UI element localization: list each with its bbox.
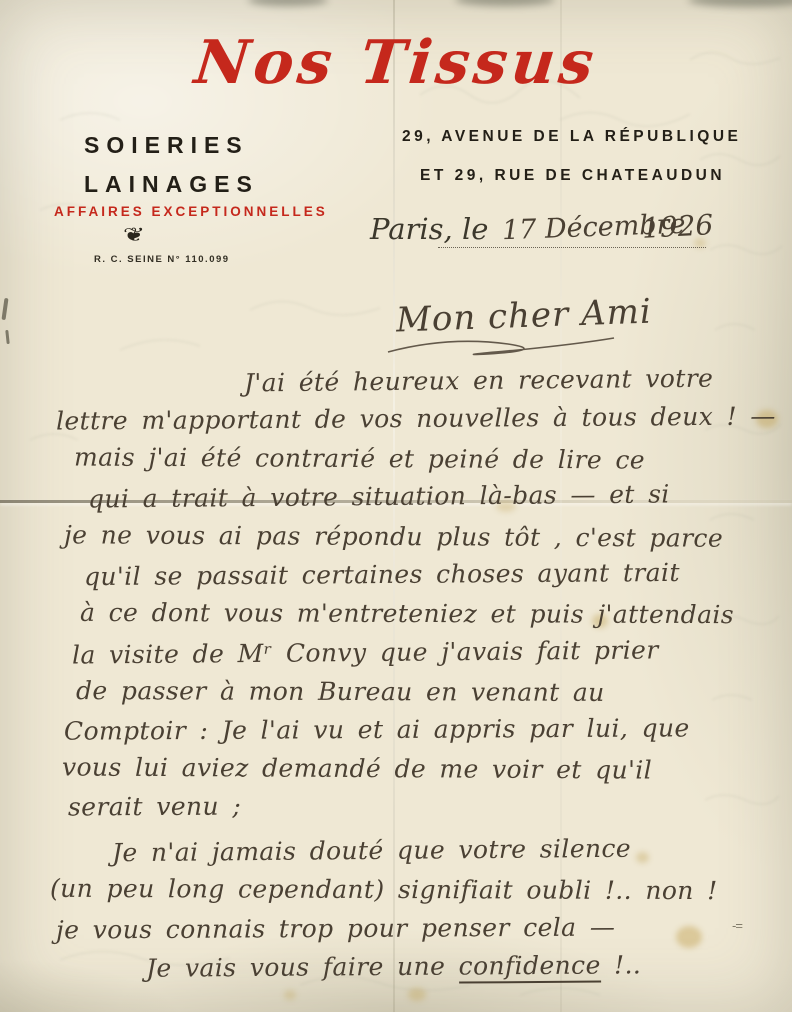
- closing-suffix: !..: [601, 950, 642, 979]
- handwritten-line: à ce dont vous m'entreteniez et puis j'a…: [80, 598, 734, 629]
- handwritten-line: (un peu long cependant) signifiait oubli…: [50, 874, 718, 905]
- salutation-flourish: [386, 334, 616, 358]
- handwritten-line: mais j'ai été contrarié et peiné de lire…: [74, 443, 645, 475]
- handwritten-line: Je n'ai jamais douté que votre silence: [112, 834, 631, 868]
- handwritten-closing-line: Je vais vous faire une confidence !..: [146, 950, 641, 982]
- company-logo: Nos Tissus: [0, 28, 792, 98]
- letterhead-left-block: SOIERIES LAINAGES: [84, 126, 259, 204]
- scan-smudge: [455, 0, 555, 6]
- foxing-stain: [408, 988, 426, 1001]
- pencil-smudge: -=: [732, 918, 742, 933]
- trade-registration: R. C. SEINE N° 110.099: [94, 254, 230, 265]
- scan-smudge: [248, 0, 328, 6]
- handwritten-line: je vous connais trop pour penser cela —: [56, 913, 615, 945]
- address-line-1: 29, AVENUE DE LA RÉPUBLIQUE: [402, 128, 741, 146]
- product-line-lainages: LAINAGES: [84, 165, 259, 204]
- address-line-2: ET 29, RUE DE CHATEAUDUN: [420, 167, 741, 185]
- handwritten-line: qui a trait à votre situation là-bas — e…: [88, 479, 670, 513]
- scan-smudge: [688, 0, 792, 7]
- dateline-printed-prefix: Paris, le: [370, 212, 488, 246]
- handwritten-line: vous lui aviez demandé de me voir et qu'…: [62, 752, 652, 784]
- letterhead-address-block: 29, AVENUE DE LA RÉPUBLIQUE ET 29, RUE D…: [402, 128, 741, 185]
- handwritten-line: la visite de Mʳ Convy que j'avais fait p…: [72, 635, 659, 669]
- handwritten-line: serait venu ;: [68, 792, 241, 822]
- scanned-letter-page: -= Nos Tissus SOIERIES LAINAGES AFFAIRES…: [0, 0, 792, 1012]
- fleuron-icon: ❦: [123, 224, 145, 247]
- handwritten-line: lettre m'apportant de vos nouvelles à to…: [56, 401, 776, 435]
- product-line-soieries: SOIERIES: [84, 126, 259, 165]
- dateline: Paris, le 17 Décembre 1926: [370, 210, 730, 258]
- foxing-stain: [636, 852, 649, 863]
- handwritten-line: de passer à mon Bureau en venant au: [76, 676, 605, 707]
- foxing-stain: [676, 926, 702, 948]
- tagline: AFFAIRES EXCEPTIONNELLES: [54, 204, 328, 219]
- underlined-word: confidence: [459, 951, 601, 984]
- edge-ink-mark: [5, 330, 9, 344]
- handwritten-year: 1926: [641, 208, 714, 245]
- foxing-stain: [284, 990, 296, 1000]
- edge-ink-mark: [1, 298, 8, 320]
- handwritten-line: je ne vous ai pas répondu plus tôt , c'e…: [64, 520, 723, 552]
- closing-prefix: Je vais vous faire une: [146, 952, 459, 983]
- handwritten-line: qu'il se passait certaines choses ayant …: [84, 558, 680, 591]
- handwritten-line: Comptoir : Je l'ai vu et ai appris par l…: [64, 713, 690, 745]
- handwritten-line: J'ai été heureux en recevant votre: [244, 364, 714, 398]
- date-dotted-rule: [438, 247, 706, 248]
